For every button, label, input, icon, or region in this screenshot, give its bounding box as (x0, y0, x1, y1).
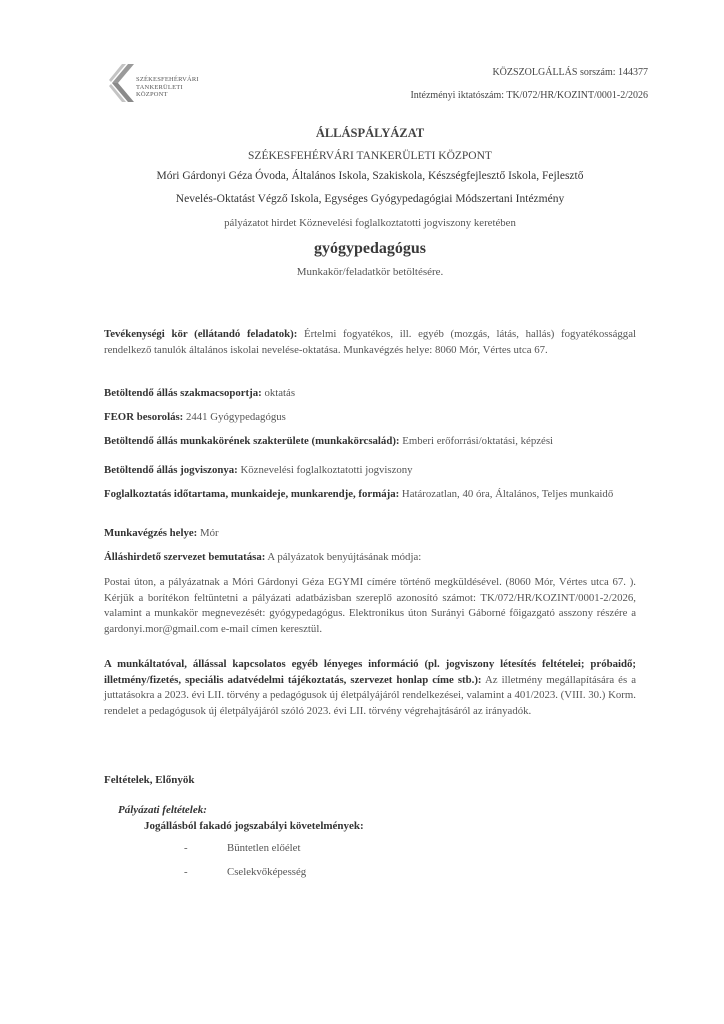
field-value: oktatás (264, 387, 295, 399)
k-chevron-logo-icon (108, 62, 136, 104)
organization-logo: SZÉKESFEHÉRVÁRI TANKERÜLETI KÖZPONT (108, 62, 218, 104)
field-value: A pályázatok benyújtásának módja: (267, 551, 421, 563)
submission-details: Postai úton, a pályázatnak a Móri Gárdon… (104, 575, 636, 637)
institution-name-line2: Nevelés-Oktatást Végző Iskola, Egységes … (100, 193, 640, 205)
list-item-text: Cselekvőképesség (227, 866, 306, 878)
field-label: Álláshirdető szervezet bemutatása: (104, 551, 265, 563)
field-value: Köznevelési foglalkoztatotti jogviszony (240, 464, 412, 476)
field-label: Betöltendő állás munkakörének szakterüle… (104, 435, 400, 447)
field-activities: Tevékenységi kör (ellátandó feladatok): … (104, 327, 636, 358)
conditions-group-title: Jogállásból fakadó jogszabályi követelmé… (144, 820, 364, 832)
logo-text: SZÉKESFEHÉRVÁRI TANKERÜLETI KÖZPONT (136, 76, 199, 99)
field-feor: FEOR besorolás: 2441 Gyógypedagógus (104, 410, 636, 426)
field-value: Emberi erőforrási/oktatási, képzési (402, 435, 553, 447)
role-filling-text: Munkakör/feladatkör betöltésére. (100, 266, 640, 278)
document-page: SZÉKESFEHÉRVÁRI TANKERÜLETI KÖZPONT KÖZS… (0, 0, 724, 1024)
field-employment-terms: Foglalkoztatás időtartama, munkaideje, m… (104, 487, 636, 503)
filing-number: Intézményi iktatószám: TK/072/HR/KOZINT/… (410, 90, 648, 101)
field-label: Tevékenységi kör (ellátandó feladatok): (104, 328, 297, 340)
serial-number: KÖZSZOLGÁLLÁS sorszám: 144377 (492, 67, 648, 78)
field-organization-intro: Álláshirdető szervezet bemutatása: A pál… (104, 550, 636, 566)
field-value: Határozatlan, 40 óra, Általános, Teljes … (402, 488, 613, 500)
field-value: Mór (200, 527, 219, 539)
list-item-text: Büntetlen előélet (227, 842, 300, 854)
dash-bullet-icon: - (184, 866, 227, 878)
list-item: -Büntetlen előélet (184, 842, 300, 854)
dash-bullet-icon: - (184, 842, 227, 854)
institution-name-line1: Móri Gárdonyi Géza Óvoda, Általános Isko… (100, 170, 640, 182)
field-value: 2441 Gyógypedagógus (186, 411, 286, 423)
field-legal-relationship: Betöltendő állás jogviszonya: Köznevelés… (104, 463, 636, 479)
field-professional-group: Betöltendő állás szakmacsoportja: oktatá… (104, 386, 636, 402)
document-title: ÁLLÁSPÁLYÁZAT (100, 126, 640, 141)
logo-line: TANKERÜLETI (136, 84, 199, 92)
conditions-subsection-title: Pályázati feltételek: (118, 804, 207, 816)
job-title: gyógypedagógus (100, 240, 640, 258)
field-label: Betöltendő állás jogviszonya: (104, 464, 238, 476)
field-label: FEOR besorolás: (104, 411, 183, 423)
organization-name: SZÉKESFEHÉRVÁRI TANKERÜLETI KÖZPONT (100, 150, 640, 162)
announcement-text: pályázatot hirdet Köznevelési foglalkozt… (100, 217, 640, 229)
field-other-info: A munkáltatóval, állással kapcsolatos eg… (104, 657, 636, 719)
conditions-section-title: Feltételek, Előnyök (104, 774, 194, 786)
list-item: -Cselekvőképesség (184, 866, 306, 878)
logo-line: KÖZPONT (136, 91, 199, 99)
logo-line: SZÉKESFEHÉRVÁRI (136, 76, 199, 84)
field-label: Betöltendő állás szakmacsoportja: (104, 387, 262, 399)
field-label: Munkavégzés helye: (104, 527, 197, 539)
field-work-location: Munkavégzés helye: Mór (104, 526, 636, 542)
field-label: Foglalkoztatás időtartama, munkaideje, m… (104, 488, 399, 500)
field-expertise: Betöltendő állás munkakörének szakterüle… (104, 434, 636, 450)
